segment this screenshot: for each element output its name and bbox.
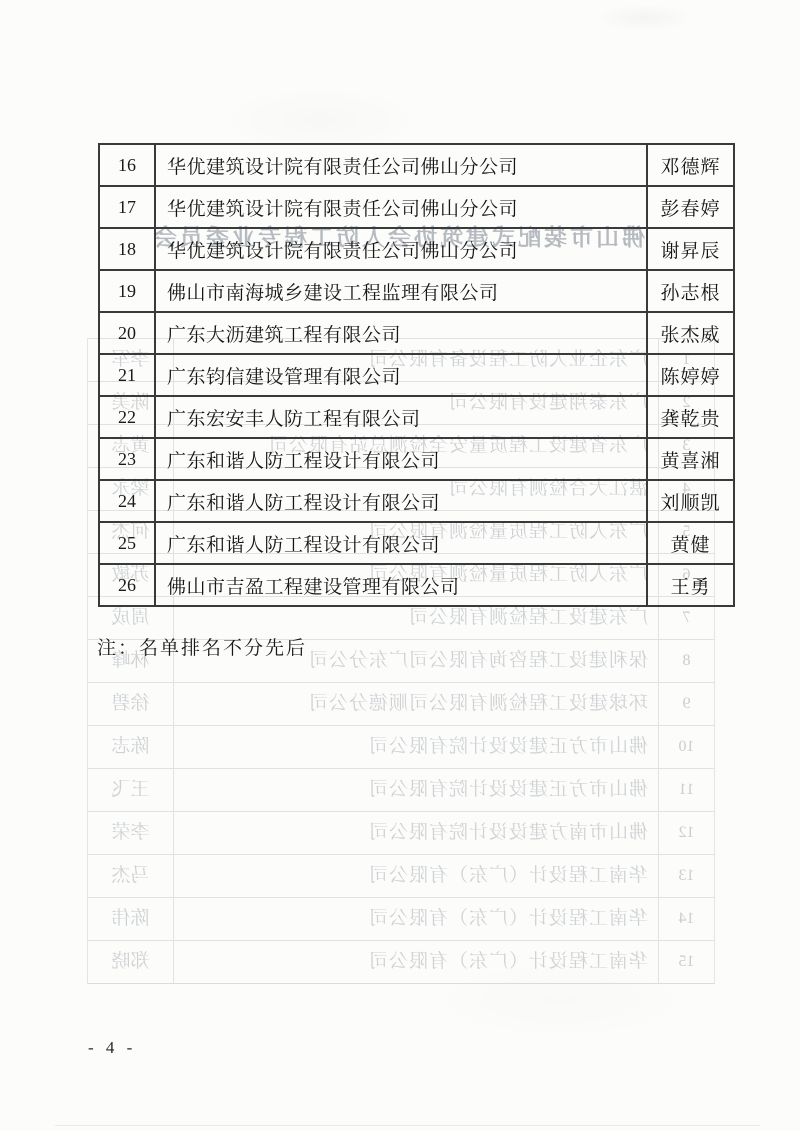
roster-table: 16华优建筑设计院有限责任公司佛山分公司邓德辉17华优建筑设计院有限责任公司佛山… [98,143,735,607]
bleed-through-company: 佛山市方正建设设计院有限公司 [174,769,658,811]
bleed-through-number: 9 [658,683,714,725]
bleed-through-row: 15华南工程设计（广东）有限公司郑晓 [88,940,714,983]
table-row: 25广东和谐人防工程设计有限公司黄健 [99,522,734,564]
footnote-text: 注：名单排名不分先后 [97,633,307,660]
person-name-cell: 孙志根 [647,270,734,312]
person-name-cell: 张杰威 [647,312,734,354]
company-name-cell: 华优建筑设计院有限责任公司佛山分公司 [155,144,647,186]
person-name-cell: 陈婷婷 [647,354,734,396]
table-row: 17华优建筑设计院有限责任公司佛山分公司彭春婷 [99,186,734,228]
bleed-through-row: 9环球建设工程检测有限公司顺德分公司徐碧 [88,682,714,725]
company-name-cell: 佛山市南海城乡建设工程监理有限公司 [155,270,647,312]
table-row: 18华优建筑设计院有限责任公司佛山分公司谢昇辰 [99,228,734,270]
person-name-cell: 邓德辉 [647,144,734,186]
bleed-through-name: 郑晓 [88,941,174,983]
company-name-cell: 佛山市吉盈工程建设管理有限公司 [155,564,647,606]
company-name-cell: 华优建筑设计院有限责任公司佛山分公司 [155,228,647,270]
company-name-cell: 广东大沥建筑工程有限公司 [155,312,647,354]
company-name-cell: 华优建筑设计院有限责任公司佛山分公司 [155,186,647,228]
bleed-through-company: 华南工程设计（广东）有限公司 [174,855,658,897]
bleed-through-number: 10 [658,726,714,768]
bleed-through-number: 11 [658,769,714,811]
bleed-through-name: 陈志 [88,726,174,768]
person-name-cell: 黄健 [647,522,734,564]
company-name-cell: 广东宏安丰人防工程有限公司 [155,396,647,438]
table-row: 16华优建筑设计院有限责任公司佛山分公司邓德辉 [99,144,734,186]
company-name-cell: 广东和谐人防工程设计有限公司 [155,522,647,564]
scan-artifact-line [55,1125,760,1126]
company-name-cell: 广东和谐人防工程设计有限公司 [155,438,647,480]
roster-table-body: 16华优建筑设计院有限责任公司佛山分公司邓德辉17华优建筑设计院有限责任公司佛山… [99,144,734,606]
person-name-cell: 龚乾贵 [647,396,734,438]
bleed-through-row: 13华南工程设计（广东）有限公司马杰 [88,854,714,897]
bleed-through-number: 13 [658,855,714,897]
table-row: 22广东宏安丰人防工程有限公司龚乾贵 [99,396,734,438]
bleed-through-name: 马杰 [88,855,174,897]
bleed-through-name: 陈伟 [88,898,174,940]
scanned-document-page: 佛山市装配式建筑协会人防工程专业委员会 1广东企业人防工程设备有限公司李军2广东… [0,0,800,1130]
person-name-cell: 王勇 [647,564,734,606]
bleed-through-number: 8 [658,640,714,682]
row-number-cell: 18 [99,228,155,270]
row-number-cell: 21 [99,354,155,396]
table-row: 20广东大沥建筑工程有限公司张杰威 [99,312,734,354]
row-number-cell: 16 [99,144,155,186]
bleed-through-company: 佛山市南方建设设计院有限公司 [174,812,658,854]
bleed-through-number: 12 [658,812,714,854]
row-number-cell: 24 [99,480,155,522]
bleed-through-row: 12佛山市南方建设设计院有限公司李荣 [88,811,714,854]
table-row: 23广东和谐人防工程设计有限公司黄喜湘 [99,438,734,480]
bleed-through-name: 王飞 [88,769,174,811]
bleed-through-company: 环球建设工程检测有限公司顺德分公司 [174,683,658,725]
bleed-through-number: 14 [658,898,714,940]
bleed-through-name: 李荣 [88,812,174,854]
bleed-through-row: 10佛山市方正建设设计院有限公司陈志 [88,725,714,768]
bleed-through-row: 11佛山市方正建设设计院有限公司王飞 [88,768,714,811]
row-number-cell: 20 [99,312,155,354]
row-number-cell: 26 [99,564,155,606]
bleed-through-company: 华南工程设计（广东）有限公司 [174,941,658,983]
row-number-cell: 22 [99,396,155,438]
table-row: 24广东和谐人防工程设计有限公司刘顺凯 [99,480,734,522]
bleed-through-number: 15 [658,941,714,983]
company-name-cell: 广东钧信建设管理有限公司 [155,354,647,396]
table-row: 19佛山市南海城乡建设工程监理有限公司孙志根 [99,270,734,312]
bleed-through-name: 徐碧 [88,683,174,725]
row-number-cell: 17 [99,186,155,228]
row-number-cell: 23 [99,438,155,480]
table-row: 26佛山市吉盈工程建设管理有限公司王勇 [99,564,734,606]
row-number-cell: 19 [99,270,155,312]
page-number: - 4 - [88,1038,136,1058]
person-name-cell: 彭春婷 [647,186,734,228]
person-name-cell: 刘顺凯 [647,480,734,522]
person-name-cell: 黄喜湘 [647,438,734,480]
bleed-through-row: 14华南工程设计（广东）有限公司陈伟 [88,897,714,940]
row-number-cell: 25 [99,522,155,564]
table-row: 21广东钧信建设管理有限公司陈婷婷 [99,354,734,396]
bleed-through-company: 佛山市方正建设设计院有限公司 [174,726,658,768]
person-name-cell: 谢昇辰 [647,228,734,270]
bleed-through-company: 华南工程设计（广东）有限公司 [174,898,658,940]
company-name-cell: 广东和谐人防工程设计有限公司 [155,480,647,522]
